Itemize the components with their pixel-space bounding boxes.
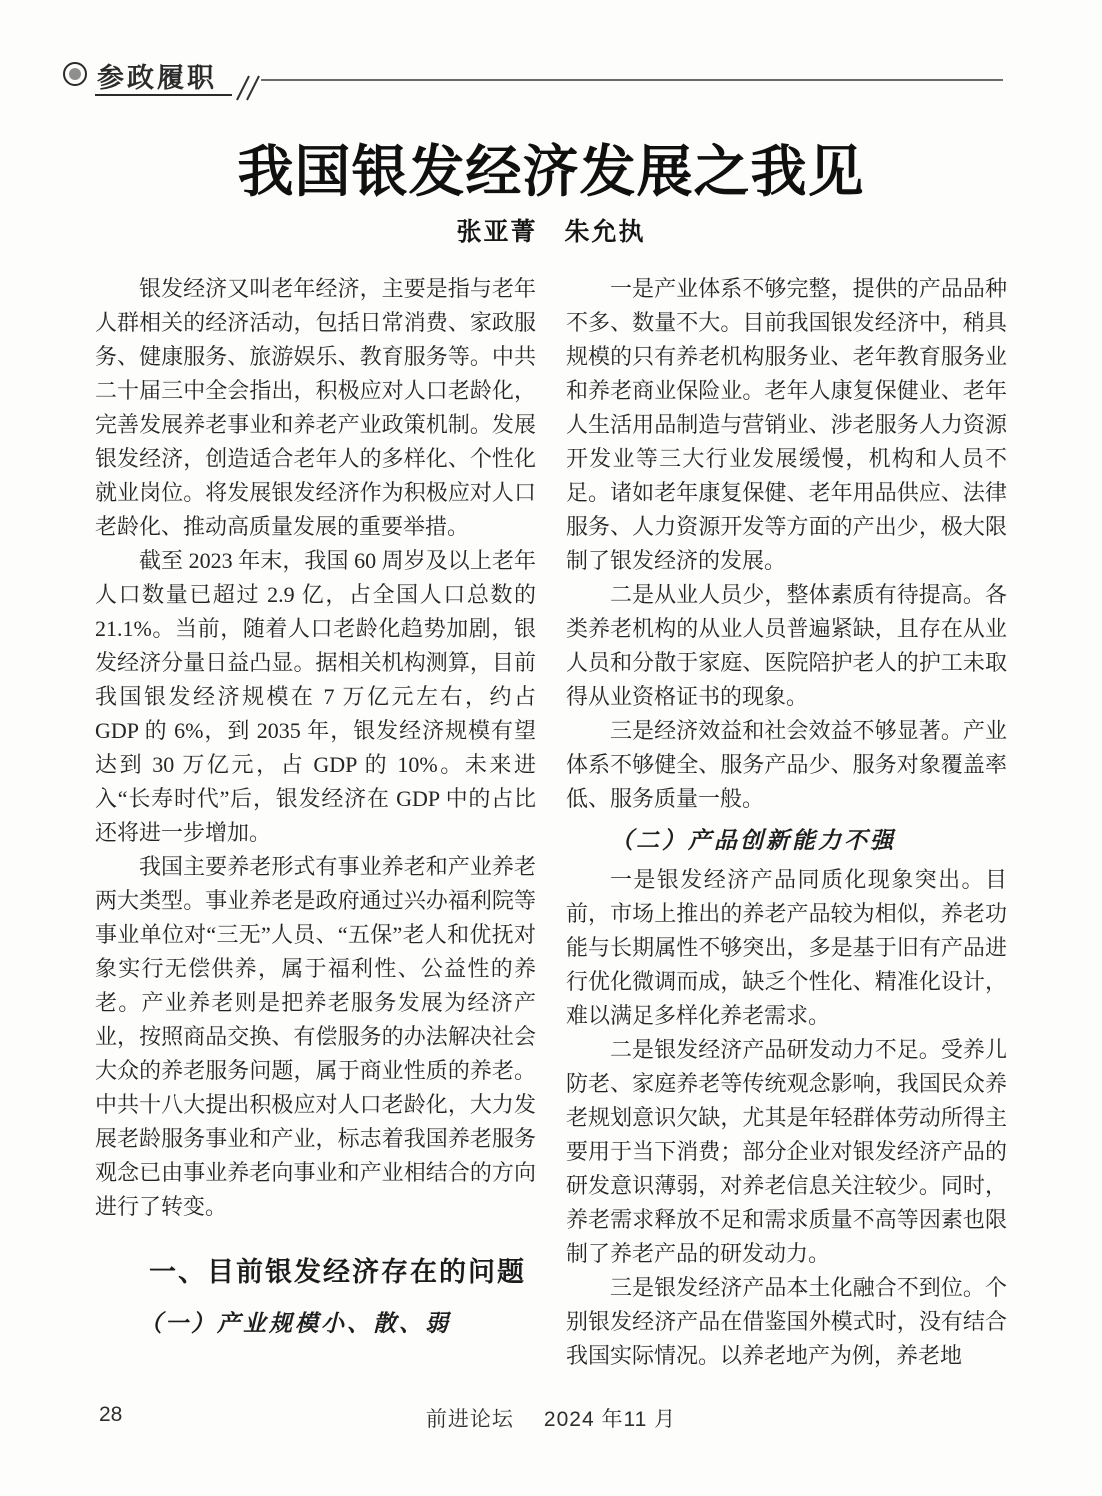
paragraph: 三是银发经济产品本土化融合不到位。个别银发经济产品在借鉴国外模式时，没有结合我国… [566,1271,1007,1373]
footer-journal-line: 前进论坛2024 年11 月 [95,1403,1007,1433]
article-title: 我国银发经济发展之我见 [0,128,1102,208]
magazine-page: 参政履职 我国银发经济发展之我见 张亚菁 朱允执 银发经济又叫老年经济，主要是指… [0,0,1102,1496]
bullseye-dot [69,68,81,80]
rubric-header: 参政履职 [63,56,1003,108]
bullseye-icon [63,62,87,86]
paragraph: 一是银发经济产品同质化现象突出。目前，市场上推出的养老产品较为相似，养老功能与长… [566,863,1007,1033]
page-footer: 28 前进论坛2024 年11 月 [95,1403,1007,1433]
rubric-underline [95,94,232,96]
paragraph: 二是从业人员少，整体素质有待提高。各类养老机构的从业人员普遍紧缺，且存在从业人员… [566,578,1007,714]
journal-name: 前进论坛 [426,1408,514,1431]
section-heading: 一、目前银发经济存在的问题 [95,1250,536,1289]
paragraph: 银发经济又叫老年经济，主要是指与老年人群相关的经济活动，包括日常消费、家政服务、… [95,272,536,544]
sub-heading: （一）产业规模小、散、弱 [95,1305,536,1338]
paragraph: 三是经济效益和社会效益不够显著。产业体系不够健全、服务产品少、服务对象覆盖率低、… [566,714,1007,816]
double-slash-icon [233,72,263,102]
issue-date: 2024 年11 月 [544,1408,676,1431]
right-column: 一是产业体系不够完整，提供的产品品种不多、数量不大。目前我国银发经济中，稍具规模… [566,272,1007,1373]
rubric-label: 参政履职 [97,56,217,95]
header-rule [261,79,1003,81]
left-column: 银发经济又叫老年经济，主要是指与老年人群相关的经济活动，包括日常消费、家政服务、… [95,272,536,1373]
paragraph: 我国主要养老形式有事业养老和产业养老两大类型。事业养老是政府通过兴办福利院等事业… [95,850,536,1224]
paragraph: 截至 2023 年末，我国 60 周岁及以上老年人口数量已超过 2.9 亿，占全… [95,544,536,850]
paragraph: 一是产业体系不够完整，提供的产品品种不多、数量不大。目前我国银发经济中，稍具规模… [566,272,1007,578]
paragraph: 二是银发经济产品研发动力不足。受养儿防老、家庭养老等传统观念影响，我国民众养老规… [566,1033,1007,1271]
article-body: 银发经济又叫老年经济，主要是指与老年人群相关的经济活动，包括日常消费、家政服务、… [95,272,1007,1373]
sub-heading: （二）产品创新能力不强 [566,822,1007,855]
article-authors: 张亚菁 朱允执 [0,212,1102,248]
